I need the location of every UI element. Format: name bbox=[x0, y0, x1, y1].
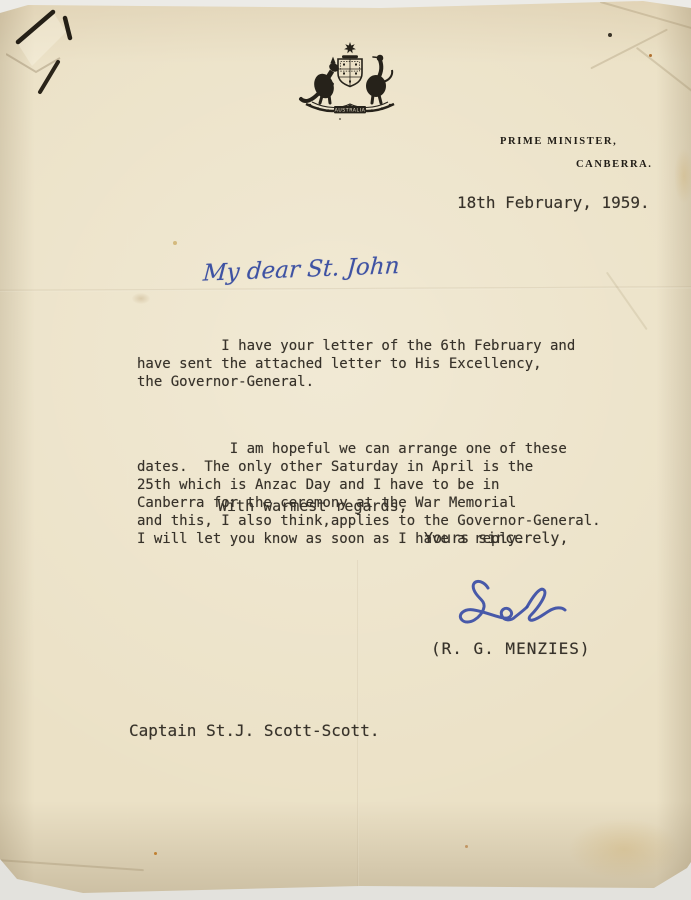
closing-valediction: Yours sincerely, bbox=[424, 529, 569, 547]
paper-speck bbox=[649, 54, 652, 57]
horizontal-fold-crease bbox=[0, 286, 691, 292]
corner-crease bbox=[600, 1, 691, 33]
corner-crease bbox=[636, 47, 691, 99]
paper-speck bbox=[465, 845, 468, 848]
letter-paper: AUSTRALIA PRIME MINISTER, CANBERRA. 18th… bbox=[0, 0, 691, 900]
letter-body: I have your letter of the 6th February a… bbox=[137, 301, 601, 597]
letterhead-office: PRIME MINISTER, bbox=[500, 136, 617, 147]
letter-date: 18th February, 1959. bbox=[457, 193, 650, 212]
bottom-crease bbox=[0, 859, 144, 871]
scanned-letter-page: AUSTRALIA PRIME MINISTER, CANBERRA. 18th… bbox=[0, 0, 691, 900]
edge-crease bbox=[606, 272, 647, 330]
corner-crease bbox=[590, 29, 667, 69]
handwritten-signature: Bob bbox=[452, 574, 602, 636]
body-paragraph-1: I have your letter of the 6th February a… bbox=[137, 337, 601, 391]
paper-speck bbox=[608, 33, 612, 37]
handwritten-salutation: My dear St. John bbox=[202, 251, 444, 286]
closing-regards: With warmest regards, bbox=[218, 497, 408, 515]
paper-stain bbox=[674, 148, 691, 204]
paper-speck bbox=[154, 852, 157, 855]
letterhead-city: CANBERRA. bbox=[576, 159, 653, 170]
coat-of-arms-icon: AUSTRALIA bbox=[298, 42, 402, 120]
paper-stain bbox=[568, 818, 680, 880]
signatory-name: (R. G. MENZIES) bbox=[431, 639, 591, 658]
crest-banner-text: AUSTRALIA bbox=[335, 108, 366, 114]
paper-pin-icon bbox=[6, 2, 96, 102]
paper-speck bbox=[173, 241, 177, 245]
addressee-line: Captain St.J. Scott-Scott. bbox=[129, 721, 379, 740]
